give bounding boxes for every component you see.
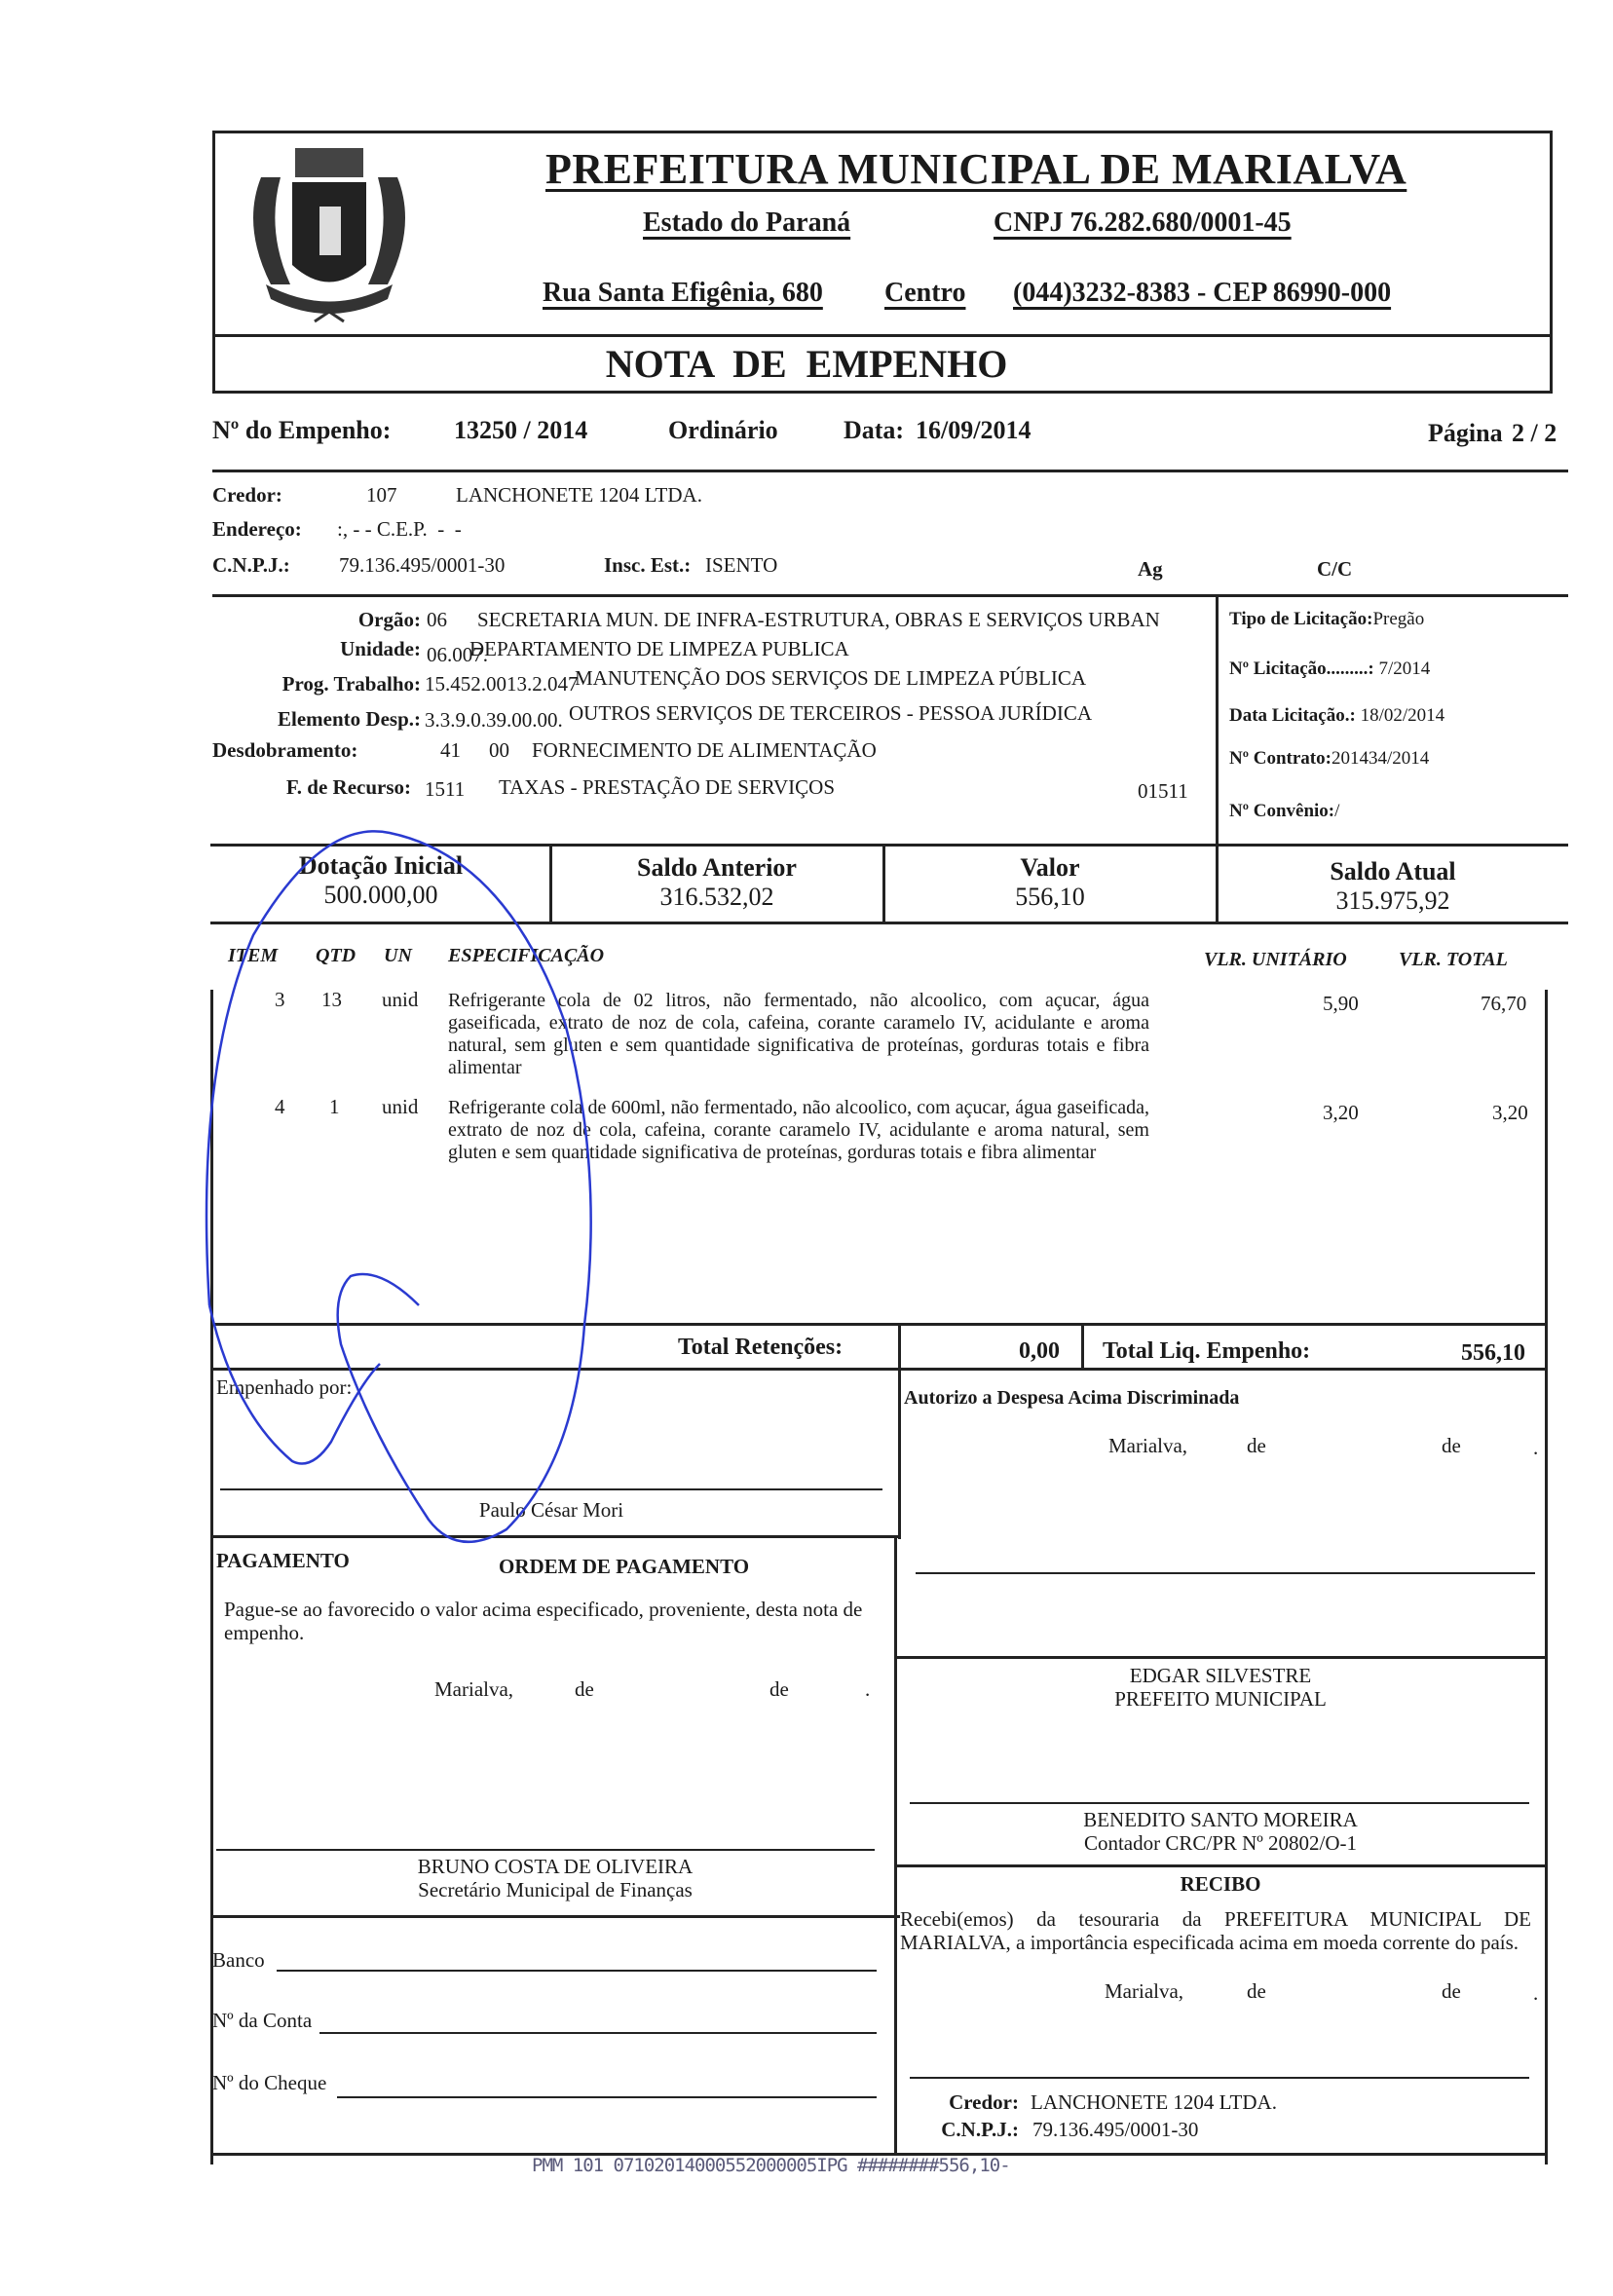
saldo-label: Dotação Inicial	[212, 851, 549, 881]
autorizo-city: Marialva,	[1108, 1434, 1187, 1458]
autorizo-label: Autorizo a Despesa Acima Discriminada	[904, 1387, 1239, 1410]
saldo-value: 500.000,00	[212, 881, 549, 910]
pagamento-dot: .	[865, 1677, 870, 1702]
divider-credor	[212, 594, 1568, 597]
col-header-total: VLR. TOTAL	[1399, 949, 1508, 971]
lower-right-border	[1545, 1325, 1548, 2164]
prog-trabalho-label: Prog. Trabalho:	[195, 672, 421, 696]
licitacao-tipo-label: Tipo de Licitação:	[1229, 609, 1372, 629]
address-district: Centro	[884, 278, 965, 309]
recibo-city: Marialva,	[1105, 1979, 1183, 2004]
col-header-unit: VLR. UNITÁRIO	[1204, 949, 1347, 971]
financas-role: Secretário Municipal de Finanças	[212, 1878, 898, 1902]
pagamento-city: Marialva,	[434, 1677, 513, 1702]
cnpj-value: 79.136.495/0001-30	[339, 553, 505, 578]
endereco-value: :, - - C.E.P. - -	[337, 517, 462, 542]
autorizo-de-1: de	[1247, 1434, 1266, 1458]
row-2-unit: 3,20	[1323, 1101, 1359, 1125]
empenho-number: 13250 / 2014	[454, 416, 587, 445]
licitacao-numero-value: 7/2014	[1379, 659, 1431, 679]
credor-label: Credor:	[212, 483, 282, 508]
empenho-number-label: Nº do Empenho:	[212, 416, 391, 445]
divider-recibo	[894, 1864, 1545, 1867]
row-1-total: 76,70	[1481, 992, 1526, 1016]
banco-field[interactable]	[277, 1970, 877, 1972]
licitacao-contrato-value: 201434/2014	[1332, 748, 1429, 769]
pagamento-de-1: de	[575, 1677, 594, 1702]
endereco-label: Endereço:	[212, 517, 302, 542]
page-label: Página	[1428, 419, 1503, 448]
licitacao-data-value: 18/02/2014	[1361, 705, 1445, 726]
saldo-anterior: Saldo Anterior 316.532,02	[551, 853, 882, 912]
cheque-label: Nº do Cheque	[212, 2071, 326, 2095]
orgao-code: 06	[427, 608, 447, 632]
document-title: NOTA DE EMPENHO	[0, 341, 1613, 387]
unidade-desc: DEPARTAMENTO DE LIMPEZA PUBLICA	[469, 637, 849, 661]
divider-empenho	[212, 470, 1568, 472]
saldo-dotacao-inicial: Dotação Inicial 500.000,00	[212, 851, 549, 910]
total-retencoes-value: 0,00	[1019, 1338, 1060, 1365]
empenho-date-label: Data:	[844, 416, 904, 445]
unidade-label: Unidade:	[195, 637, 421, 661]
recibo-dot: .	[1533, 1981, 1538, 2006]
orgao-desc: SECRETARIA MUN. DE INFRA-ESTRUTURA, OBRA…	[477, 608, 1160, 632]
licitacao-numero-label: Nº Licitação.........:	[1229, 659, 1374, 679]
cnpj-label: C.N.P.J.:	[212, 553, 290, 578]
recibo-title: RECIBO	[896, 1872, 1545, 1897]
licitacao-data: Data Licitação.: 18/02/2014	[1229, 705, 1444, 727]
recibo-de-1: de	[1247, 1979, 1266, 2004]
licitacao-contrato: Nº Contrato:201434/2014	[1229, 748, 1429, 770]
saldo-value: 556,10	[884, 883, 1216, 912]
saldo-atual: Saldo Atual 315.975,92	[1218, 857, 1568, 916]
elemento-desp-label: Elemento Desp.:	[195, 707, 421, 732]
elemento-desp-desc: OUTROS SERVIÇOS DE TERCEIROS - PESSOA JU…	[569, 701, 1092, 726]
cheque-field[interactable]	[337, 2096, 877, 2098]
financas-signature-line	[216, 1849, 875, 1851]
conta-corrente-label: C/C	[1317, 557, 1352, 582]
dotacao-licitacao-divider	[1216, 594, 1219, 847]
licitacao-convenio: Nº Convênio:/	[1229, 801, 1339, 822]
totals-divider-2	[1081, 1325, 1084, 1370]
municipality-title: PREFEITURA MUNICIPAL DE MARIALVA	[545, 144, 1407, 194]
pagamento-label: PAGAMENTO	[216, 1549, 350, 1573]
municipality-cnpj: CNPJ 76.282.680/0001-45	[994, 207, 1292, 239]
recibo-cnpj-label: C.N.P.J.:	[896, 2118, 1019, 2142]
address-phone-cep: (044)3232-8383 - CEP 86990-000	[1013, 278, 1391, 309]
contador-role: Contador CRC/PR Nº 20802/O-1	[896, 1831, 1545, 1856]
insc-est-value: ISENTO	[705, 553, 777, 578]
elemento-desp-code: 3.3.9.0.39.00.00.	[425, 708, 563, 733]
saldo-value: 316.532,02	[551, 883, 882, 912]
prefeito-role: PREFEITO MUNICIPAL	[896, 1687, 1545, 1712]
fonte-recurso-code: 1511	[425, 777, 465, 802]
saldo-label: Saldo Atual	[1218, 857, 1568, 886]
divider-saldos-top	[210, 844, 1568, 847]
autorizo-dot: .	[1533, 1436, 1538, 1460]
recibo-credor-label: Credor:	[896, 2090, 1019, 2115]
insc-est-label: Insc. Est.:	[604, 553, 691, 578]
empenhado-label: Empenhado por:	[216, 1375, 352, 1400]
saldo-label: Saldo Anterior	[551, 853, 882, 883]
licitacao-convenio-label: Nº Convênio:	[1229, 801, 1334, 821]
col-header-qtd: QTD	[316, 945, 356, 967]
fonte-recurso-code-2: 01511	[1138, 779, 1188, 804]
saldo-value: 315.975,92	[1218, 886, 1568, 916]
row-2-item: 4	[275, 1095, 285, 1119]
contador-signature-line	[910, 1802, 1529, 1804]
desdobramento-code-2: 00	[489, 738, 509, 763]
recibo-signature-line	[910, 2077, 1529, 2079]
items-left-border	[210, 990, 213, 1327]
row-1-qtd: 13	[321, 988, 342, 1012]
empenho-type: Ordinário	[668, 416, 778, 445]
empenhado-name: Paulo César Mori	[220, 1498, 882, 1523]
col-header-un: UN	[384, 945, 412, 967]
empenho-date: 16/09/2014	[916, 416, 1031, 445]
desdobramento-desc: FORNECIMENTO DE ALIMENTAÇÃO	[532, 738, 877, 763]
prog-trabalho-code: 15.452.0013.2.047	[425, 672, 579, 696]
lower-left-border	[210, 1325, 213, 2164]
row-2-un: unid	[382, 1095, 418, 1119]
ordem-pagamento-label: ORDEM DE PAGAMENTO	[499, 1555, 749, 1579]
prefeito-name: EDGAR SILVESTRE	[896, 1664, 1545, 1688]
contador-name: BENEDITO SANTO MOREIRA	[896, 1808, 1545, 1832]
footer-stamp: PMM 101 07102014000552000005IPG ########…	[532, 2155, 1010, 2176]
row-1-unit: 5,90	[1323, 992, 1359, 1016]
divider-pagamento	[210, 1535, 900, 1538]
state-label: Estado do Paraná	[643, 207, 850, 239]
coat-of-arms-icon	[232, 138, 427, 323]
total-retencoes-label: Total Retenções:	[678, 1335, 843, 1361]
autorizo-de-2: de	[1442, 1434, 1461, 1458]
pagamento-de-2: de	[769, 1677, 789, 1702]
agencia-label: Ag	[1138, 557, 1163, 582]
divider-saldos-bottom	[210, 922, 1568, 924]
page-number: 2 / 2	[1512, 419, 1557, 448]
orgao-label: Orgão:	[195, 608, 421, 632]
empenhado-signature-line	[220, 1488, 882, 1490]
col-header-spec: ESPECIFICAÇÃO	[448, 945, 604, 967]
conta-field[interactable]	[319, 2032, 877, 2034]
row-2-spec: Refrigerante cola de 600ml, não fermenta…	[448, 1097, 1149, 1164]
credor-name: LANCHONETE 1204 LTDA.	[456, 483, 702, 508]
prefeito-signature-line	[916, 1572, 1535, 1574]
banco-label: Banco	[212, 1948, 265, 1973]
divider-prefeito	[894, 1656, 1545, 1659]
row-1-item: 3	[275, 988, 285, 1012]
divider-totals-bottom	[210, 1368, 1547, 1371]
recibo-de-2: de	[1442, 1979, 1461, 2004]
saldo-valor: Valor 556,10	[884, 853, 1216, 912]
desdobramento-label: Desdobramento:	[212, 738, 357, 763]
pagamento-text: Pague-se ao favorecido o valor acima esp…	[224, 1598, 867, 1644]
row-2-qtd: 1	[329, 1095, 340, 1119]
row-1-spec: Refrigerante cola de 02 litros, não ferm…	[448, 990, 1149, 1079]
totals-divider-1	[898, 1325, 901, 1539]
desdobramento-code-1: 41	[440, 738, 461, 763]
divider-banco	[210, 1915, 900, 1918]
licitacao-contrato-label: Nº Contrato:	[1229, 748, 1332, 769]
address-street: Rua Santa Efigênia, 680	[543, 278, 823, 309]
licitacao-data-label: Data Licitação.:	[1229, 705, 1356, 726]
prog-trabalho-desc: MANUTENÇÃO DOS SERVIÇOS DE LIMPEZA PÚBLI…	[575, 666, 1086, 691]
header-divider	[212, 334, 1553, 337]
row-2-total: 3,20	[1492, 1101, 1528, 1125]
items-right-border	[1545, 990, 1548, 1327]
fonte-recurso-label: F. de Recurso:	[195, 775, 411, 800]
fonte-recurso-desc: TAXAS - PRESTAÇÃO DE SERVIÇOS	[499, 775, 835, 800]
total-liquido-label: Total Liq. Empenho:	[1103, 1338, 1310, 1365]
licitacao-tipo: Tipo de Licitação:Pregão	[1229, 609, 1424, 630]
licitacao-tipo-value: Pregão	[1372, 609, 1424, 629]
saldo-label: Valor	[884, 853, 1216, 883]
total-liquido-value: 556,10	[1461, 1340, 1525, 1367]
credor-code: 107	[366, 483, 397, 508]
financas-name: BRUNO COSTA DE OLIVEIRA	[212, 1855, 898, 1879]
recibo-credor-value: LANCHONETE 1204 LTDA.	[1031, 2090, 1277, 2115]
divider-totals-top	[210, 1323, 1547, 1326]
col-header-item: ITEM	[228, 945, 278, 967]
licitacao-numero: Nº Licitação.........: 7/2014	[1229, 659, 1430, 680]
recibo-cnpj-value: 79.136.495/0001-30	[1032, 2118, 1198, 2142]
recibo-text: Recebi(emos) da tesouraria da PREFEITURA…	[900, 1907, 1531, 1954]
conta-label: Nº da Conta	[212, 2009, 312, 2033]
licitacao-convenio-value: /	[1334, 801, 1339, 821]
row-1-un: unid	[382, 988, 418, 1012]
